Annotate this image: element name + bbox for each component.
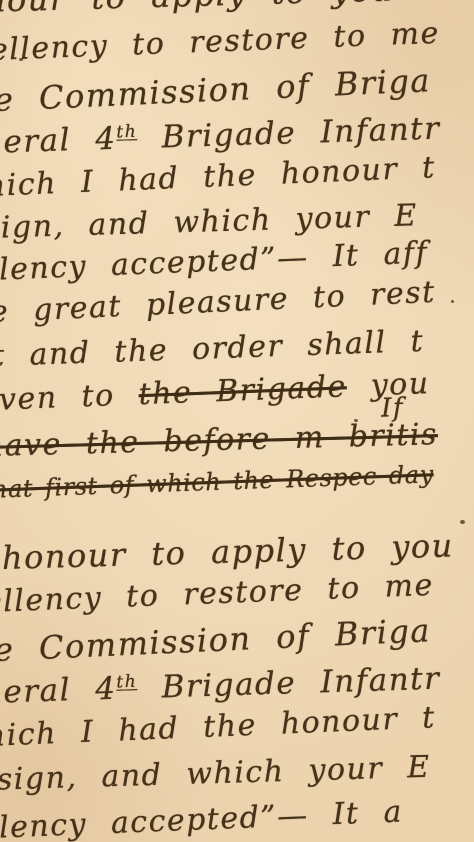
line-text: e Commission of Briga [0, 611, 432, 669]
line-text: ellency to restore to me [0, 568, 434, 620]
superscript-ordinal: th [116, 672, 137, 693]
handwriting-line: hich I had the honour t [0, 153, 436, 202]
line-text: neral 4 [0, 121, 117, 161]
handwriting-line: e Commission of Briga [0, 64, 432, 116]
handwriting-line: honour to apply to you [2, 529, 455, 574]
line-text: ssign, and which your E [0, 750, 431, 798]
handwriting-line: llency accepted”— It a [0, 797, 403, 842]
handwriting-line: e Commission of Briga [0, 614, 432, 666]
ink-speck [451, 300, 454, 303]
line-text: honour to apply to you [0, 0, 394, 21]
handwriting-line: honour to apply to you [0, 0, 394, 18]
handwriting-line: t and the order shall t [0, 327, 425, 372]
struck-text: have the before m britis [0, 417, 438, 464]
line-text: Brigade Infantr [137, 111, 441, 157]
handwriting-line-crossed-out: that first of which the Respec day [0, 462, 434, 502]
superscript-ordinal: th [116, 122, 137, 143]
struck-text: the Brigade [138, 369, 347, 412]
manuscript-screenshot: { "document": { "kind_label": "handwritt… [0, 0, 474, 842]
ink-speck [19, 58, 23, 61]
ink-speck [460, 520, 465, 524]
handwriting-line: ssign, and which your E [0, 753, 431, 796]
handwriting-line: ellency to restore to me [0, 19, 440, 66]
struck-text: that first of which the Respec day [0, 460, 434, 504]
inserted-word: If [381, 395, 405, 422]
handwriting-line: e great pleasure to rest [0, 278, 436, 328]
line-text: t and the order shall t [0, 324, 425, 374]
line-text: e Commission of Briga [0, 61, 432, 119]
handwriting-line-crossed-out: have the before m britisIf [0, 420, 438, 462]
handwriting-line-corrected: iven to the Brigade you [0, 369, 430, 416]
line-text: Brigade Infantr [137, 661, 441, 707]
handwriting-line: hich I had the honour t [0, 703, 436, 752]
handwriting-line: ellency to restore to me [0, 571, 434, 618]
manuscript-paper: honour to apply to you ellency to restor… [0, 0, 474, 842]
line-text: llency accepted”— It a [0, 794, 404, 842]
line-text: iven to [0, 377, 139, 418]
line-text: neral 4 [0, 671, 117, 711]
line-text: ellency to restore to me [0, 16, 440, 68]
